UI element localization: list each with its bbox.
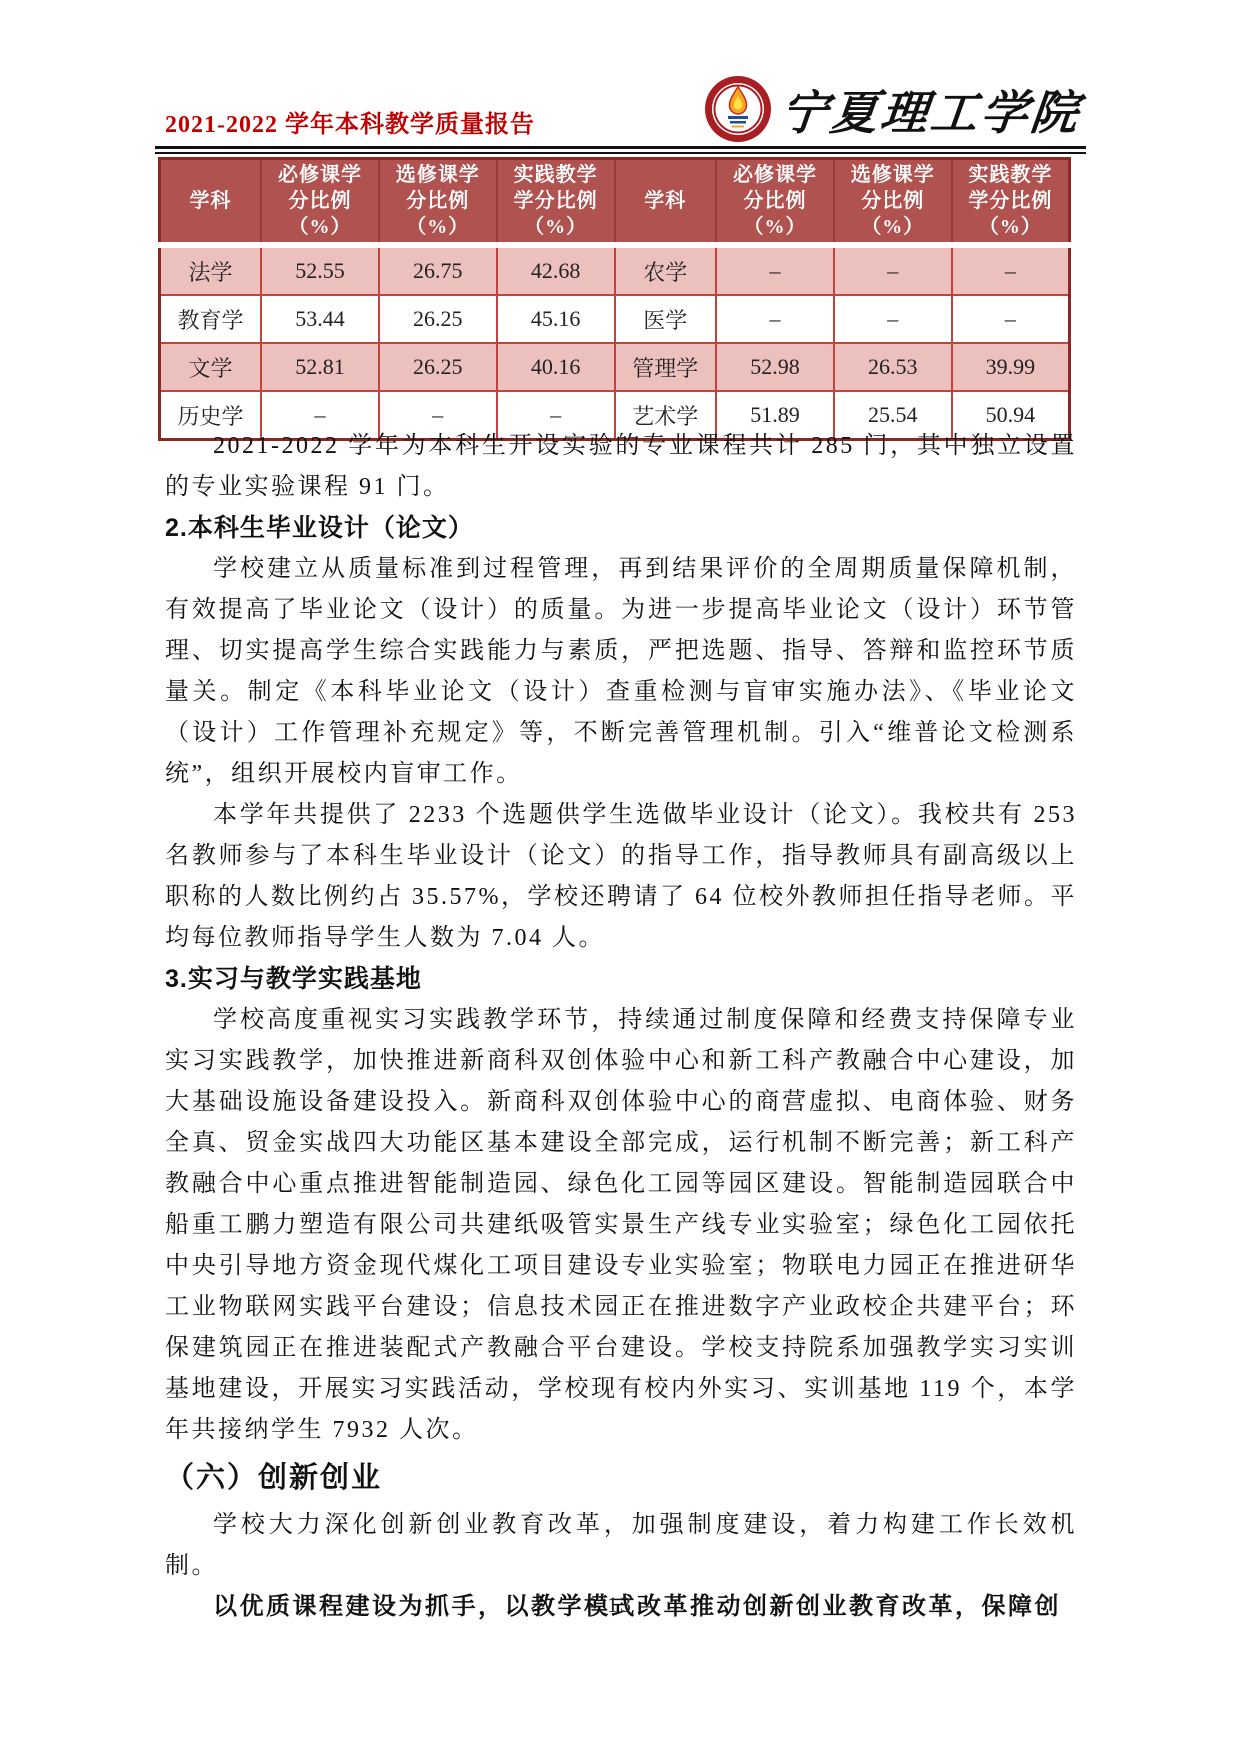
table-cell: 52.55 [261,245,379,295]
table-cell: 26.53 [834,343,952,391]
table-cell: 26.25 [379,343,497,391]
table-header-row: 学科 必修课学 分比例 （%） 选修课学 分比例 （%） 实践教学 学分比例 （… [160,159,1070,246]
university-seal-icon [703,74,773,144]
page-number: – 13 – [0,1592,1240,1618]
table-cell: – [716,245,834,295]
table-cell: 农学 [615,245,717,295]
table-row: 法学 52.55 26.75 42.68 农学 – – – [160,245,1070,295]
col-header-required: 必修课学 分比例 （%） [716,159,834,246]
col-header-required: 必修课学 分比例 （%） [261,159,379,246]
col-header-elective: 选修课学 分比例 （%） [834,159,952,246]
paragraph-innovation-reform: 学校大力深化创新创业教育改革，加强制度建设，着力构建工作长效机制。 [165,1505,1077,1587]
table-cell: 53.44 [261,295,379,343]
col-header-practice: 实践教学 学分比例 （%） [952,159,1070,246]
heading-innovation-entrepreneurship: （六）创新创业 [165,1453,1077,1503]
table-cell: – [716,295,834,343]
table-cell: 教育学 [160,295,262,343]
col-header-subject: 学科 [160,159,262,246]
table-cell: 45.16 [497,295,615,343]
paragraph-thesis-quality: 学校建立从质量标准到过程管理，再到结果评价的全周期质量保障机制，有效提高了毕业论… [165,549,1077,795]
paragraph-thesis-topics: 本学年共提供了 2233 个选题供学生选做毕业设计（论文）。我校共有 253 名… [165,795,1077,959]
table-cell: 52.81 [261,343,379,391]
table-cell: 26.25 [379,295,497,343]
credit-ratio-table: 学科 必修课学 分比例 （%） 选修课学 分比例 （%） 实践教学 学分比例 （… [158,157,1071,441]
document-body: 2021-2022 学年为本科生开设实验的专业课程共计 285 门，其中独立设置… [165,426,1077,1628]
paragraph-experiment-courses: 2021-2022 学年为本科生开设实验的专业课程共计 285 门，其中独立设置… [165,426,1077,508]
table-cell: 管理学 [615,343,717,391]
school-name-calligraphy: 宁夏理工学院 [777,76,1084,143]
table-row: 文学 52.81 26.25 40.16 管理学 52.98 26.53 39.… [160,343,1070,391]
paragraph-practice-teaching: 学校高度重视实习实践教学环节，持续通过制度保障和经费支持保障专业实习实践教学，加… [165,1000,1077,1451]
table-row: 教育学 53.44 26.25 45.16 医学 – – – [160,295,1070,343]
heading-practice-bases: 3.实习与教学实践基地 [165,959,1077,1000]
table-cell: 52.98 [716,343,834,391]
col-header-practice: 实践教学 学分比例 （%） [497,159,615,246]
table-cell: 医学 [615,295,717,343]
col-header-elective: 选修课学 分比例 （%） [379,159,497,246]
heading-graduation-thesis: 2.本科生毕业设计（论文） [165,508,1077,549]
table-cell: – [952,245,1070,295]
col-header-subject: 学科 [615,159,717,246]
table-cell: – [952,295,1070,343]
table-cell: 42.68 [497,245,615,295]
university-brand: 宁夏理工学院 [703,74,1081,144]
table-cell: 法学 [160,245,262,295]
table-cell: 40.16 [497,343,615,391]
table-cell: – [834,295,952,343]
table-cell: – [834,245,952,295]
header-divider [155,146,1086,154]
document-page: 2021-2022 学年本科教学质量报告 宁夏理工学院 学科 必修课学 分比例 … [0,0,1240,1753]
table-cell: 39.99 [952,343,1070,391]
table-cell: 26.75 [379,245,497,295]
table-cell: 文学 [160,343,262,391]
report-title: 2021-2022 学年本科教学质量报告 [165,104,535,139]
